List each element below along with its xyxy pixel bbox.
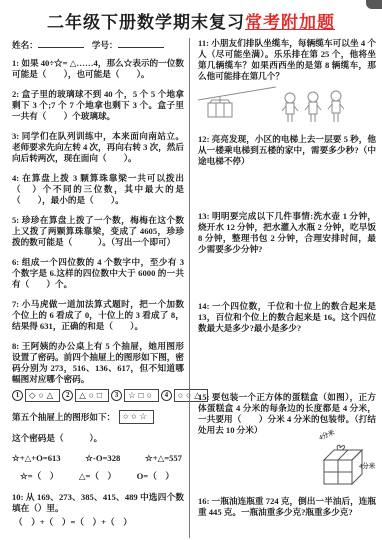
circled-number-4: 4 [161,390,172,401]
worksheet-page: 二年级下册数学期末复习常考附加题 姓名：学号： 1: 如果 40÷☆= △……4… [0,0,382,540]
formula-2: ☆-O=328 [85,453,120,464]
question-11: 11: 小朋友们排队坐缆车，每辆缆车可以坐 4 个人（尽可能坐满）。乐乐排在第 … [198,38,376,82]
answer-triangle: △=（ ） [79,470,116,482]
scan-artifact [366,0,382,9]
question-9-answers: ☆=（ ） △=（ ） O=（ ） [20,470,174,482]
question-13: 13: 明明要完成以下几件事情:洗水壶 1 分钟，烧开水 12 分钟，把水灌入水… [198,211,376,255]
circled-number-1: 1 [12,390,23,401]
question-12: 12: 亮亮发现，小区的电梯上去一层要 5 秒，他从一楼乘电梯到五楼的家中，需要… [198,134,376,167]
fifth-drawer-row: 第五个抽屉上的图形如下： ○○☆ [12,410,184,423]
question-15-block: 15: 要包装一个正方体的蛋糕盒（如图），正方体蛋糕盒 4 分米的每条边的长度都… [198,392,376,492]
id-label: 学号： [92,40,118,50]
answer-circle: O=（ ） [137,470,174,482]
title-main: 二年级下册数学期末复习 [47,13,245,32]
question-8-intro: 8: 王阿姨的办公桌上有 5 个抽屉，她用图形设置了密码。前四个抽屉上的图形如下… [12,341,184,385]
cable-car-illustration [198,84,372,126]
right-column: 11: 小朋友们排队坐缆车，每辆缆车可以坐 4 个人（尽可能坐满）。乐乐排在第 … [189,38,382,538]
question-14: 14: 一个四位数，千位和十位上的数合起来是 13，百位和个位上的数合起来是 1… [198,301,376,334]
shape-box-2: △○□ [75,389,109,402]
student-info-row: 姓名：学号： [12,39,184,51]
formula-3: ☆+△=557 [145,453,182,464]
shape-box-3: ☆□○ [124,389,159,402]
id-blank [118,39,164,48]
cake-box-top-label: 4分米 [318,428,336,442]
name-label: 姓名： [12,40,38,50]
drawer-code-row: 1 ◇○△ 2 △○□ 3 ☆□○ 4 ○○△ [12,389,184,402]
question-10: 10: 从 169、273、385、415、489 中选四个数填在（）里。 [12,492,184,514]
name-blank [38,39,84,48]
question-16: 16: 一瓶油连瓶重 724 克，倒出一半油后，连瓶重 445 克。一瓶油重多少… [198,496,376,518]
formula-1: ☆+△+O=613 [12,453,61,464]
title-highlight: 常考附加题 [245,13,335,32]
question-5: 5: 珍珍在算盘上拨了一个数，梅梅在这个数上又拨了两颗算珠靠梁，变成了 4605… [12,215,184,248]
circled-number-2: 2 [62,390,73,401]
cake-box-illustration: 4分米 4分米 [318,428,376,494]
question-9-formulas: ☆+△+O=613 ☆-O=328 ☆+△=557 [12,453,182,464]
question-1: 1: 如果 40÷☆= △……4，那么☆表示的一位数可能是（ ），也可能是（ ）… [12,58,184,80]
two-column-layout: 姓名：学号： 1: 如果 40÷☆= △……4，那么☆表示的一位数可能是（ ），… [0,38,382,538]
page-title: 二年级下册数学期末复习常考附加题 [0,0,382,33]
question-6: 6: 组成一个四位数的 4 个数字中，至少有 3 个数字是 6.这样的四位数中大… [12,257,184,290]
question-3: 3: 同学们在队列训练中，本来面向南站立。老师要求先向左转 4 次，再向右转 3… [12,131,184,164]
question-2: 2: 盒子里的玻璃球不到 40 个，5 个 5 个地拿剩下 3 个;7 个 7 … [12,89,184,122]
cake-box-side-label: 4分米 [359,461,376,470]
circled-number-3: 3 [111,390,122,401]
shape-box-1: ◇○△ [25,389,60,402]
answer-star: ☆=（ ） [20,470,58,482]
left-column: 姓名：学号： 1: 如果 40÷☆= △……4，那么☆表示的一位数可能是（ ），… [0,38,189,538]
fifth-drawer-label: 第五个抽屉上的图形如下： [12,411,115,423]
shape-box-5: ○○☆ [119,410,154,423]
question-8-password-line: 这个密码是（ ）。 [12,433,184,444]
question-10-equation: （ ）+（ ）=（ ）+（ ） [14,516,184,528]
question-7: 7: 小马虎做一道加法算式题时，把一个加数个位上的 6 看成了 0，十位上的 3… [12,299,184,332]
question-4: 4: 在算盘上拨 3 颗算珠靠梁一共可以拨出（ ）个不同的三位数，其中最大的是（… [12,173,184,206]
